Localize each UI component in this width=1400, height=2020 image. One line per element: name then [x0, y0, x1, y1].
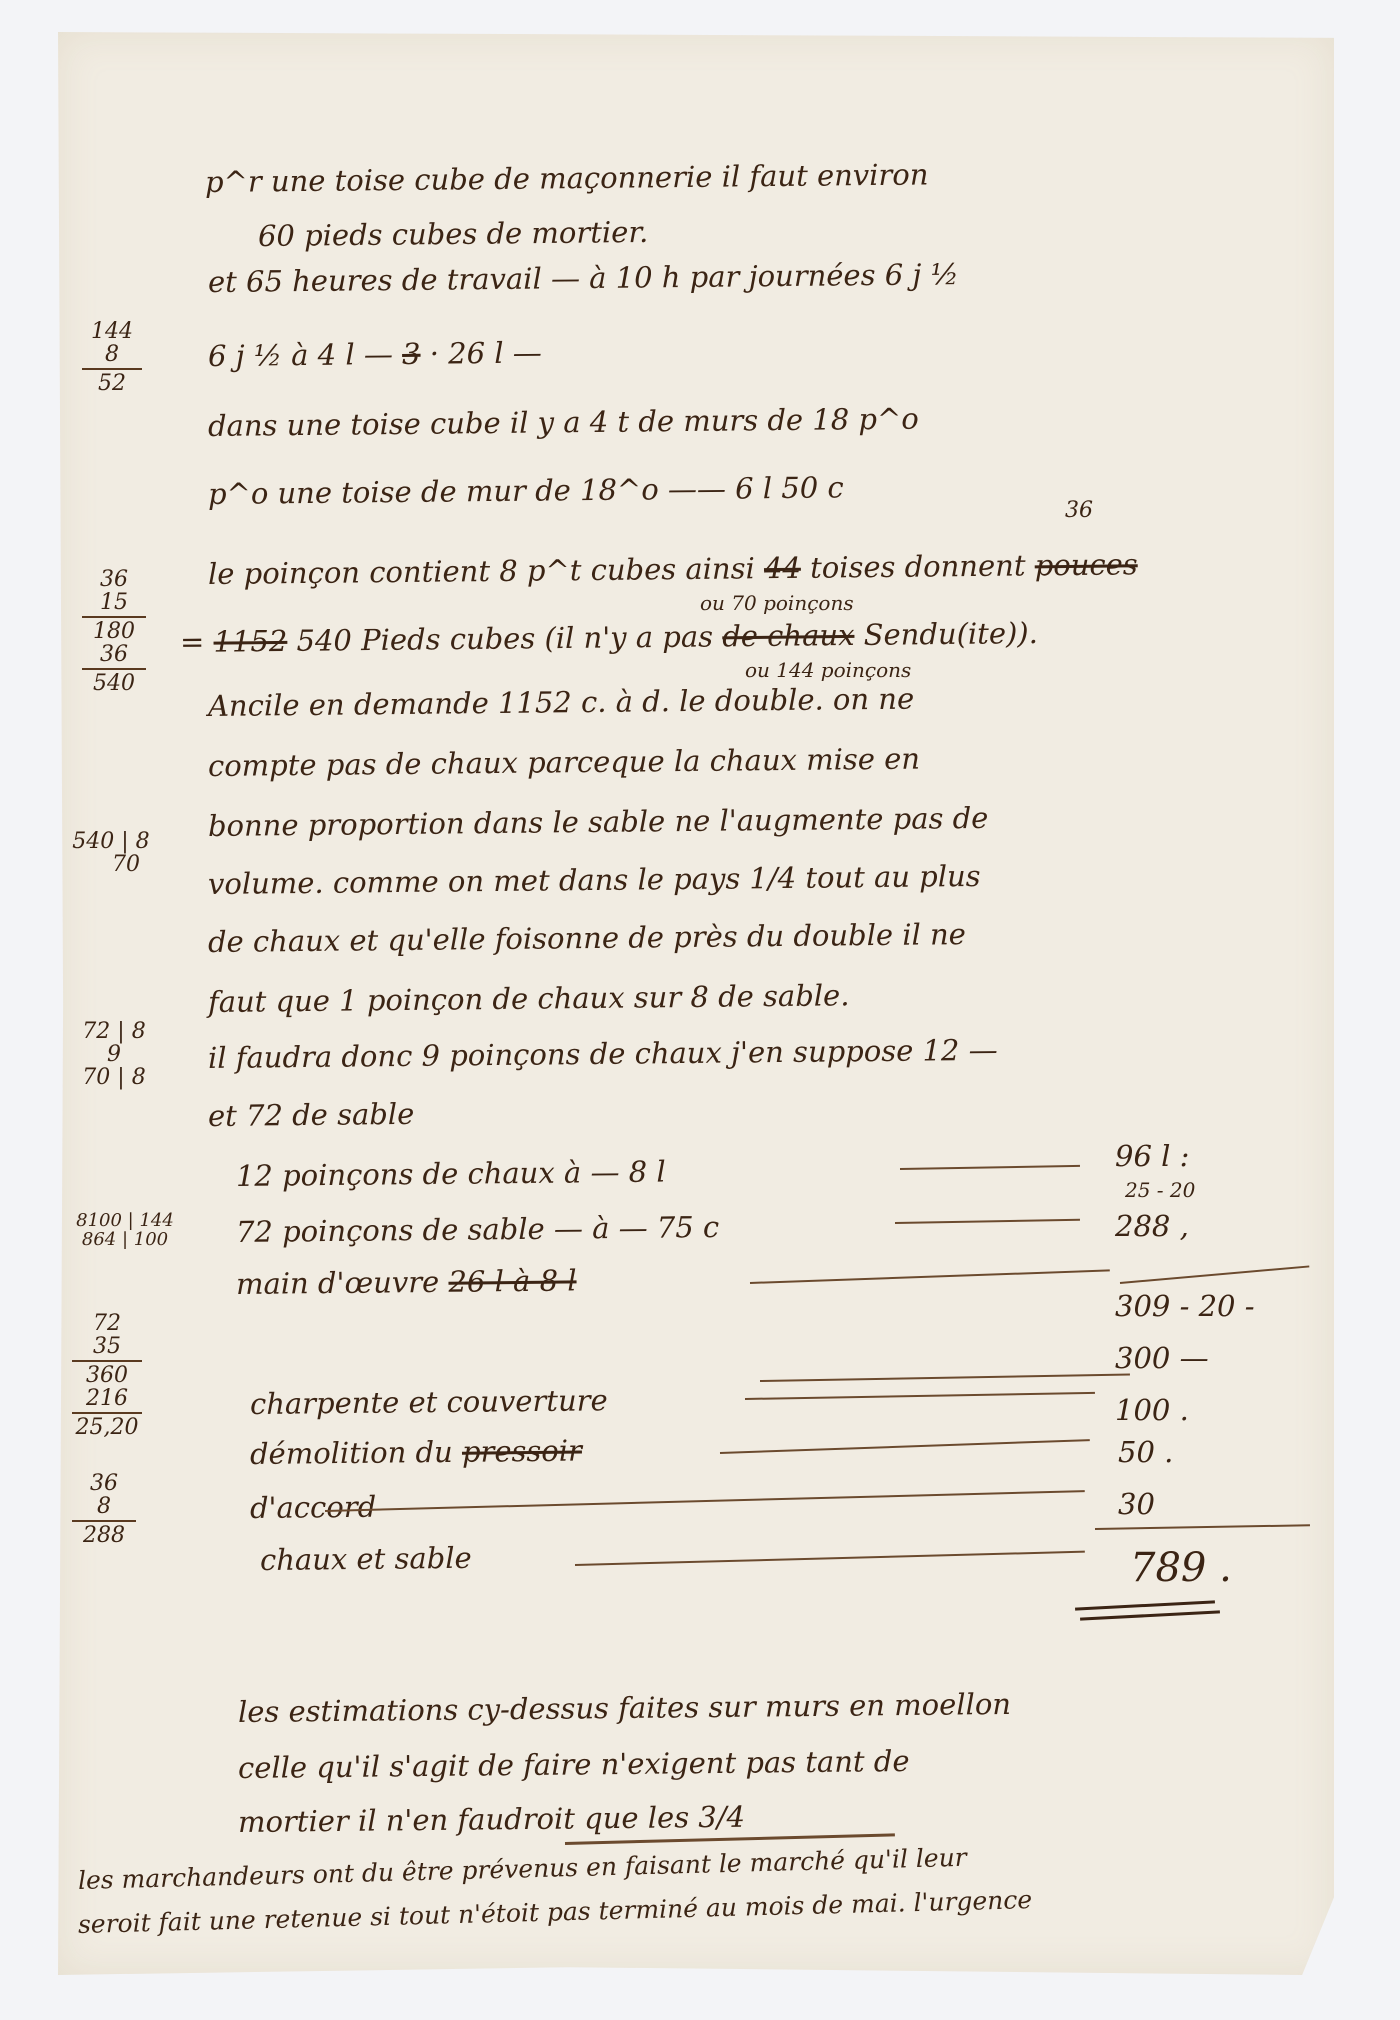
ledger-row-carpentry: charpente et couverture: [250, 1386, 608, 1419]
ledger-row-demolition-label: démolition du: [250, 1435, 453, 1471]
calc-row: 36: [82, 643, 146, 666]
calc-rule: [72, 1360, 142, 1362]
line-14: faut que 1 poinçon de chaux sur 8 de sab…: [208, 981, 850, 1017]
ledger-subtotal: 309 - 20 -: [1115, 1292, 1255, 1321]
line-1: p^r une toise cube de maçonnerie il faut…: [205, 160, 929, 197]
line-6: p^o une toise de mur de 18^o —— 6 l 50 c: [208, 473, 844, 509]
calc-row: 144: [82, 320, 142, 343]
ledger-row-labour: main d'œuvre 26 l à 8 l: [236, 1266, 577, 1299]
line-12: volume. comme on met dans le pays 1/4 to…: [208, 862, 981, 899]
struck-text: 44: [764, 551, 801, 585]
line-15: il faudra donc 9 poinçons de chaux j'en …: [208, 1036, 998, 1073]
line-3: et 65 heures de travail — à 10 h par jou…: [208, 260, 959, 297]
margin-calc-3: 540 | 8 70: [66, 830, 156, 876]
ledger-row-lime-sand: chaux et sable: [260, 1544, 472, 1575]
margin-calc-2: 36 15 180 36 540: [82, 568, 146, 695]
line-15-after: j'en suppose 12 —: [731, 1033, 998, 1070]
calc-row: 72: [72, 1312, 142, 1335]
calc-row: 216: [72, 1387, 142, 1410]
calc-row: 540 | 8: [66, 830, 156, 853]
calc-row: 35: [72, 1335, 142, 1358]
line-5: dans une toise cube il y a 4 t de murs d…: [208, 405, 919, 441]
calc-row: 70: [66, 853, 156, 876]
calc-row: 180: [82, 620, 146, 643]
ledger-amount-sub: 25 - 20: [1125, 1180, 1195, 1200]
calc-row: 15: [82, 591, 146, 614]
line-15-text: il faudra donc 9 poinçons de chaux: [208, 1036, 722, 1075]
calc-row: 8: [72, 1495, 136, 1518]
line-16: et 72 de sable: [208, 1100, 415, 1131]
margin-calc-7: 36 8 288: [72, 1472, 136, 1547]
struck-text: de chaux: [722, 618, 855, 653]
closing-line-3: mortier il n'en faudroit que les 3/4: [238, 1803, 745, 1837]
line-9: Ancile en demande 1152 c. à d. le double…: [208, 685, 914, 721]
calc-row: 8: [82, 343, 142, 366]
line-4-text: 6 j ½ à 4 l —: [208, 337, 393, 373]
ledger-row-labour-label: main d'œuvre: [236, 1265, 440, 1301]
ledger-amount-agreement: 30: [1118, 1490, 1155, 1519]
line-4-after: · 26 l —: [430, 336, 542, 371]
ledger-total: 789 .: [1130, 1548, 1232, 1588]
ledger-rounded: 300 —: [1115, 1344, 1209, 1373]
calc-row: 360: [72, 1364, 142, 1387]
struck-text: pressoir: [462, 1434, 582, 1469]
calc-row: 72 | 8: [74, 1020, 154, 1043]
calc-row: 864 | 100: [70, 1231, 180, 1250]
calc-row: 70 | 8: [74, 1066, 154, 1089]
ledger-amount-lime: 96 l :: [1115, 1142, 1189, 1171]
line-8-text: 540 Pieds cubes (il n'y a pas: [296, 619, 713, 657]
calc-rule: [72, 1412, 142, 1414]
equals-sign: =: [180, 625, 205, 659]
ledger-row-agreement: d'accord: [250, 1493, 376, 1523]
ledger-row-sand: 72 poinçons de sable — à — 75 c: [236, 1213, 719, 1247]
line-8-insertion: ou 144 poinçons: [745, 660, 911, 680]
line-8-after: Sendu(ite)).: [863, 616, 1038, 652]
line-8: = 1152 540 Pieds cubes (il n'y a pas de …: [180, 619, 1038, 657]
calc-rule: [82, 668, 146, 670]
calc-row: 52: [82, 372, 142, 395]
line-7-superscript: 36: [1065, 500, 1093, 522]
line-13: de chaux et qu'elle foisonne de près du …: [208, 920, 966, 957]
margin-calc-4: 72 | 8 9 70 | 8: [74, 1020, 154, 1089]
ledger-amount-carpentry: 100 .: [1115, 1396, 1189, 1425]
calc-rule: [82, 368, 142, 370]
struck-text: pouces: [1035, 547, 1138, 582]
line-7-text: le poinçon contient 8 p^t cubes ainsi: [208, 551, 755, 591]
margin-calc-1: 144 8 52: [82, 320, 142, 395]
line-11: bonne proportion dans le sable ne l'augm…: [208, 804, 989, 841]
calc-row: 25,20: [72, 1416, 142, 1439]
ledger-amount-sand: 288 ,: [1115, 1212, 1189, 1241]
struck-text: 26 l à 8 l: [448, 1263, 576, 1298]
line-4: 6 j ½ à 4 l — 3 · 26 l —: [208, 339, 542, 371]
margin-calc-5: 8100 | 144 864 | 100: [70, 1212, 180, 1250]
ledger-amount-demolition: 50 .: [1118, 1438, 1173, 1467]
margin-calc-6: 72 35 360 216 25,20: [72, 1312, 142, 1439]
line-10: compte pas de chaux parceque la chaux mi…: [208, 745, 920, 781]
line-7-after: toises donnent: [810, 548, 1026, 584]
closing-line-2: celle qu'il s'agit de faire n'exigent pa…: [238, 1747, 910, 1783]
calc-rule: [82, 616, 146, 618]
struck-text: 3: [402, 337, 421, 371]
ledger-row-demolition: démolition du pressoir: [250, 1437, 582, 1469]
ledger-row-lime: 12 poinçons de chaux à — 8 l: [236, 1158, 666, 1191]
calc-row: 36: [72, 1472, 136, 1495]
closing-line-1: les estimations cy-dessus faites sur mur…: [238, 1690, 1011, 1727]
calc-row: 540: [82, 672, 146, 695]
line-7-insertion: ou 70 poinçons: [700, 593, 854, 613]
calc-row: 288: [72, 1524, 136, 1547]
calc-row: 36: [82, 568, 146, 591]
struck-text: 1152: [213, 624, 287, 659]
line-2: 60 pieds cubes de mortier.: [258, 218, 649, 251]
calc-rule: [72, 1520, 136, 1522]
calc-row: 9: [74, 1043, 154, 1066]
